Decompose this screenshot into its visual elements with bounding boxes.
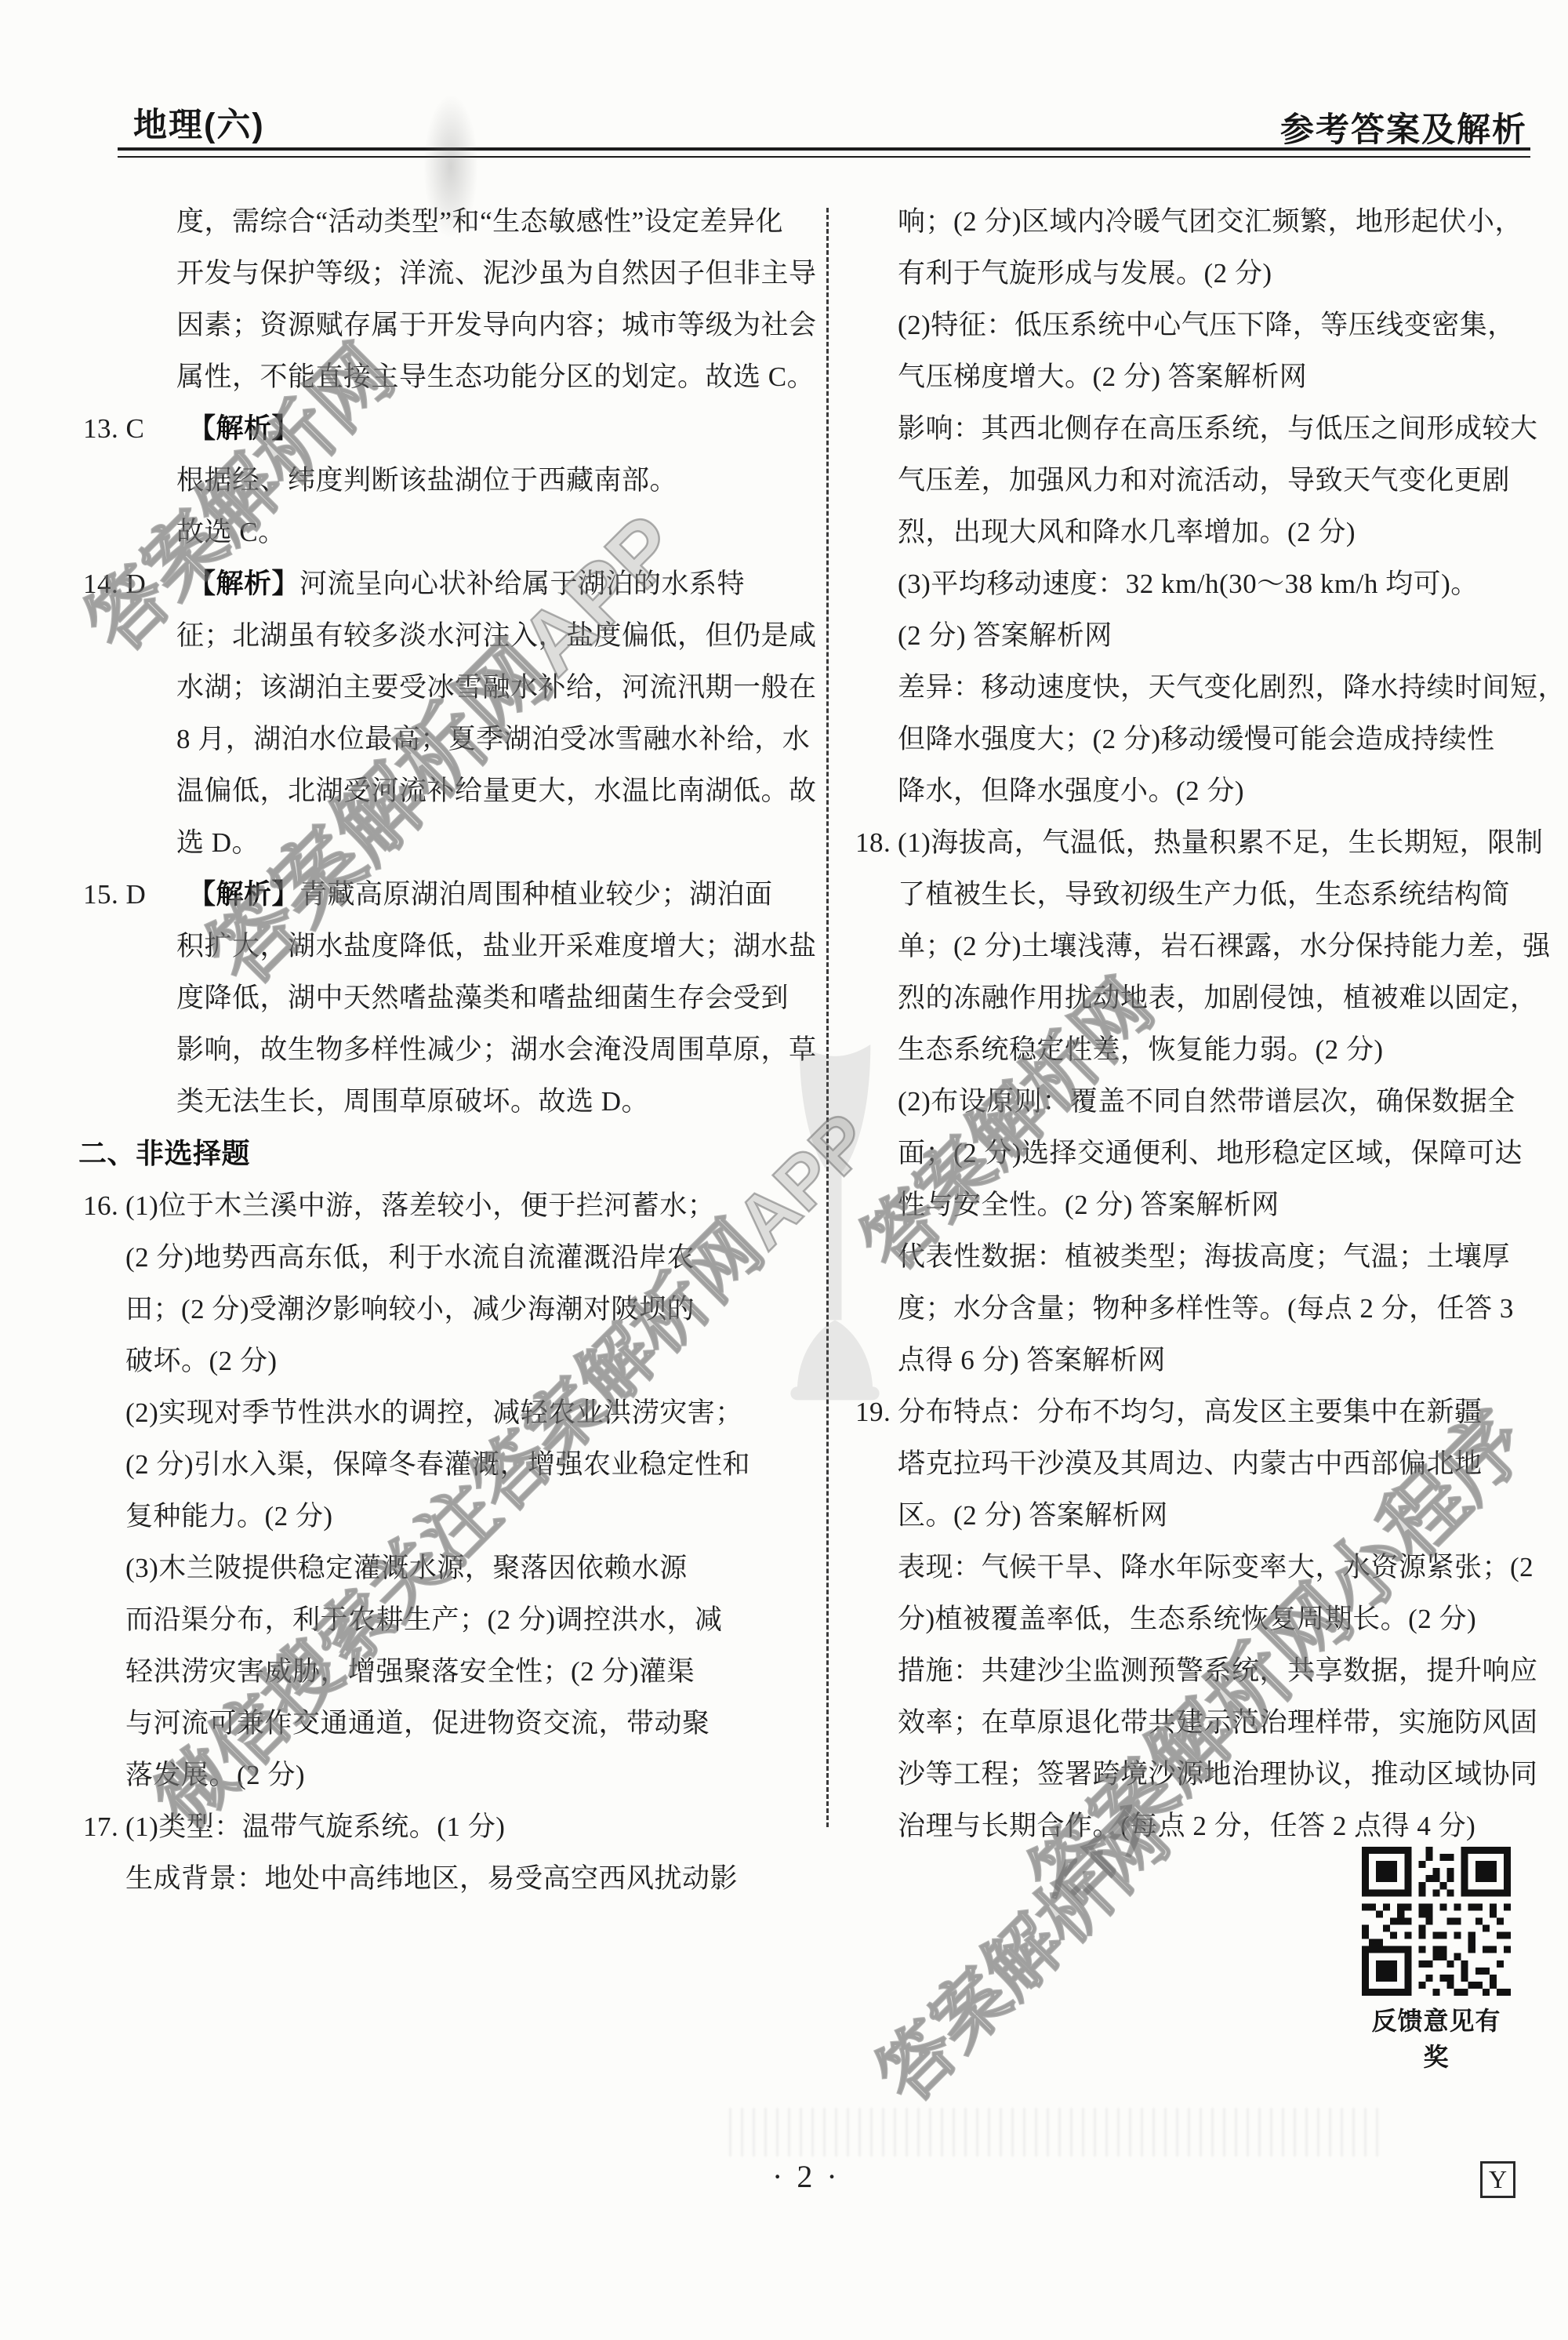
page-title: 参考答案及解析 [1280, 104, 1527, 151]
qr-code-icon [1362, 1847, 1511, 1996]
item-text: 河流呈向心状补给属于湖泊的水系特 征；北湖虽有较多淡水河注入，盐度偏低，但仍是咸… [176, 569, 817, 858]
item-text: (1)海拔高，气温低，热量积累不足，生长期短，限制 了植被生长，导致初级生产力低… [898, 827, 1551, 1375]
answer-item-19: 19.分布特点：分布不均匀，高发区主要集中在新疆 塔克拉玛干沙漠及其周边、内蒙古… [851, 1386, 1533, 1852]
item-text: 分布特点：分布不均匀，高发区主要集中在新疆 塔克拉玛干沙漠及其周边、内蒙古中西部… [898, 1397, 1538, 1841]
item-text: (1)位于木兰溪中游，落差较小，便于拦河蓄水； (2 分)地势西高东低，利于水流… [125, 1190, 750, 1790]
answer-item-16: 16.(1)位于木兰溪中游，落差较小，便于拦河蓄水； (2 分)地势西高东低，利… [78, 1180, 793, 1801]
header-double-rule [118, 147, 1530, 158]
paragraph-text: 响；(2 分)区域内冷暖气团交汇频繁，地形起伏小， 有利于气旋形成与发展。(2 … [898, 206, 1566, 806]
scan-artifact [729, 2108, 1380, 2157]
analysis-label: 【解析】 [188, 413, 299, 444]
item-number: 16. [83, 1180, 118, 1232]
page-number: · 2 · [772, 2158, 840, 2195]
item-text: 青藏高原湖泊周围种植业较少；湖泊面 积扩大，湖水盐度降低，盐业开采难度增大；湖水… [176, 879, 817, 1117]
answer-paragraph-continued: 度，需综合“活动类型”和“生态敏感性”设定差异化 开发与保护等级；洋流、泥沙虽为… [78, 196, 793, 403]
answer-paragraph-17-continued: 响；(2 分)区域内冷暖气团交汇频繁，地形起伏小， 有利于气旋形成与发展。(2 … [851, 196, 1533, 817]
analysis-label: 【解析】 [188, 879, 299, 910]
answer-item-13: 13. C【解析】根据经、纬度判断该盐湖位于西藏南部。 故选 C。 [78, 403, 793, 558]
edition-mark: Y [1480, 2161, 1515, 2198]
left-column: 度，需综合“活动类型”和“生态敏感性”设定差异化 开发与保护等级；洋流、泥沙虽为… [78, 196, 793, 1905]
item-number: 17. [83, 1801, 118, 1853]
column-divider [826, 208, 829, 1827]
scanned-answer-sheet-page: 地理(六) 参考答案及解析 度，需综合“活动类型”和“生态敏感性”设定差异化 开… [0, 0, 1568, 2340]
item-number: 14. D [83, 558, 146, 610]
item-number: 13. C [83, 403, 144, 455]
qr-caption: 反馈意见有奖 [1362, 2001, 1511, 2073]
item-number: 19. [855, 1386, 891, 1438]
qr-code [1362, 1847, 1511, 1996]
answer-item-18: 18.(1)海拔高，气温低，热量积累不足，生长期短，限制 了植被生长，导致初级生… [851, 817, 1533, 1386]
item-number: 15. D [83, 869, 146, 921]
item-number: 18. [855, 817, 891, 869]
answer-item-17: 17.(1)类型：温带气旋系统。(1 分) 生成背景：地处中高纬地区，易受高空西… [78, 1801, 793, 1905]
right-column: 响；(2 分)区域内冷暖气团交汇频繁，地形起伏小， 有利于气旋形成与发展。(2 … [851, 196, 1533, 1852]
section-heading: 二、非选择题 [78, 1128, 793, 1180]
item-text: (1)类型：温带气旋系统。(1 分) 生成背景：地处中高纬地区，易受高空西风扰动… [125, 1811, 738, 1894]
analysis-label: 【解析】 [188, 569, 299, 599]
answer-item-15: 15. D【解析】青藏高原湖泊周围种植业较少；湖泊面 积扩大，湖水盐度降低，盐业… [78, 869, 793, 1128]
paragraph-text: 度，需综合“活动类型”和“生态敏感性”设定差异化 开发与保护等级；洋流、泥沙虽为… [176, 206, 817, 392]
subject-title: 地理(六) [133, 99, 265, 147]
answer-item-14: 14. D【解析】河流呈向心状补给属于湖泊的水系特 征；北湖虽有较多淡水河注入，… [78, 558, 793, 869]
item-text: 根据经、纬度判断该盐湖位于西藏南部。 故选 C。 [176, 465, 677, 547]
